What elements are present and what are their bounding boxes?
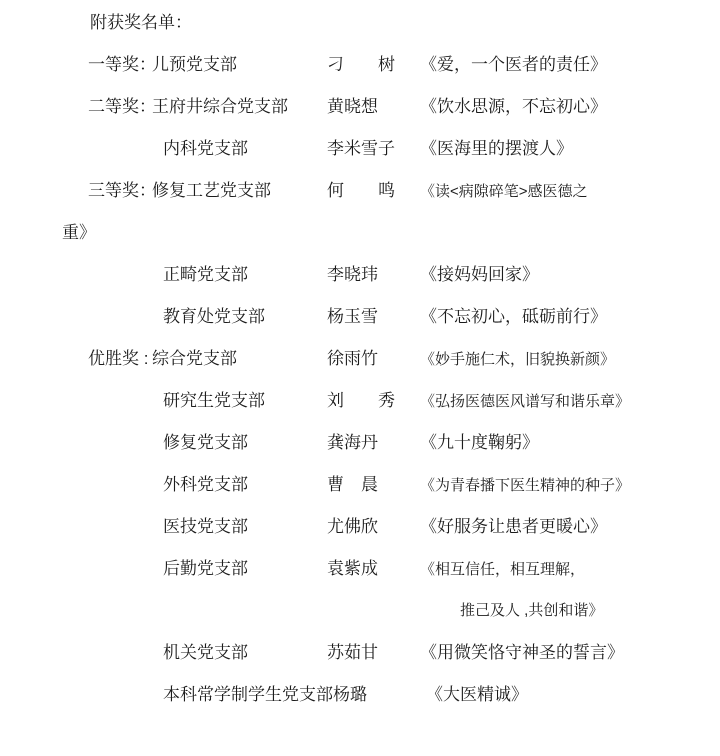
winner-name: 杨玉雪 [327, 307, 420, 327]
work-title: 《为青春播下医生精神的种子》 [420, 476, 630, 496]
award-entry-row: 外科党支部曹 晨《为青春播下医生精神的种子》 [0, 475, 720, 496]
award-entry-row: 二等奖：王府井综合党支部黄晓想《饮水思源，不忘初心》 [0, 97, 720, 117]
winner-name: 杨璐 [333, 685, 426, 705]
award-entry-row: 后勤党支部袁紫成《相互信任，相互理解， [0, 559, 720, 580]
winner-name: 刘 秀 [327, 391, 420, 411]
winner-name: 徐雨竹 [327, 349, 420, 369]
winner-name: 袁紫成 [327, 559, 420, 579]
award-entry-row: 教育处党支部杨玉雪《不忘初心，砥砺前行》 [0, 307, 720, 327]
branch-name: 本科常学制学生党支部 [163, 685, 333, 705]
branch-name: 内科党支部 [163, 139, 327, 159]
award-entry-row: 正畸党支部李晓玮《接妈妈回家》 [0, 265, 720, 285]
award-entry-row: 修复党支部龚海丹《九十度鞠躬》 [0, 433, 720, 453]
award-entry-row: 本科常学制学生党支部杨璐《大医精诚》 [0, 685, 720, 705]
work-title: 《接妈妈回家》 [420, 265, 539, 285]
award-label: 优胜奖 : [88, 349, 152, 369]
work-title-continuation: 重》 [62, 223, 96, 242]
branch-name: 外科党支部 [163, 475, 327, 495]
winner-name: 苏茹甘 [327, 643, 420, 663]
award-entry-row: 一等奖：儿预党支部刁 树《爱，一个医者的责任》 [0, 55, 720, 75]
winner-name: 李晓玮 [327, 265, 420, 285]
work-title: 《相互信任，相互理解， [420, 560, 585, 580]
award-entry-row: 机关党支部苏茹甘《用微笑恪守神圣的誓言》 [0, 643, 720, 663]
branch-name: 后勤党支部 [163, 559, 327, 579]
award-label: 二等奖： [88, 97, 152, 117]
work-title: 《读<病隙碎笔>感医德之 [420, 182, 588, 202]
branch-name: 正畸党支部 [163, 265, 327, 285]
work-title: 《用微笑恪守神圣的誓言》 [420, 643, 624, 663]
award-label: 一等奖： [88, 55, 152, 75]
work-title: 《爱，一个医者的责任》 [420, 55, 607, 75]
branch-name: 机关党支部 [163, 643, 327, 663]
title-continuation-line: 重》 [62, 223, 96, 243]
work-title: 《大医精诚》 [426, 685, 528, 705]
document-heading: 附获奖名单： [90, 13, 192, 33]
award-label: 三等奖： [88, 181, 152, 201]
winner-name: 曹 晨 [327, 475, 420, 495]
work-title-continuation: 推己及人 ,共创和谐》 [460, 602, 603, 619]
branch-name: 王府井综合党支部 [152, 97, 327, 117]
branch-name: 修复党支部 [163, 433, 327, 453]
work-title: 《妙手施仁术，旧貌换新颜》 [420, 350, 615, 370]
branch-name: 医技党支部 [163, 517, 327, 537]
branch-name: 研究生党支部 [163, 391, 327, 411]
branch-name: 教育处党支部 [163, 307, 327, 327]
work-title: 《好服务让患者更暖心》 [420, 517, 607, 537]
winner-name: 黄晓想 [327, 97, 420, 117]
winner-name: 何 鸣 [327, 181, 420, 201]
winner-name: 刁 树 [327, 55, 420, 75]
award-entry-row: 内科党支部李米雪子《医海里的摆渡人》 [0, 139, 720, 159]
award-entry-row: 研究生党支部刘 秀《弘扬医德医风谱写和谐乐章》 [0, 391, 720, 412]
award-entry-row: 三等奖：修复工艺党支部何 鸣《读<病隙碎笔>感医德之 [0, 181, 720, 202]
winner-name: 李米雪子 [327, 139, 420, 159]
work-title: 《弘扬医德医风谱写和谐乐章》 [420, 392, 630, 412]
award-entry-row: 医技党支部尤佛欣《好服务让患者更暖心》 [0, 517, 720, 537]
award-entry-row: 优胜奖 :综合党支部徐雨竹《妙手施仁术，旧貌换新颜》 [0, 349, 720, 370]
winner-name: 尤佛欣 [327, 517, 420, 537]
branch-name: 修复工艺党支部 [152, 181, 327, 201]
work-title: 《不忘初心，砥砺前行》 [420, 307, 607, 327]
work-title: 《医海里的摆渡人》 [420, 139, 573, 159]
branch-name: 儿预党支部 [152, 55, 327, 75]
branch-name: 综合党支部 [152, 349, 327, 369]
document-page: 附获奖名单： 一等奖：儿预党支部刁 树《爱，一个医者的责任》二等奖：王府井综合党… [0, 0, 720, 756]
title-continuation-line: 推己及人 ,共创和谐》 [460, 601, 603, 621]
winner-name: 龚海丹 [327, 433, 420, 453]
work-title: 《九十度鞠躬》 [420, 433, 539, 453]
work-title: 《饮水思源，不忘初心》 [420, 97, 607, 117]
